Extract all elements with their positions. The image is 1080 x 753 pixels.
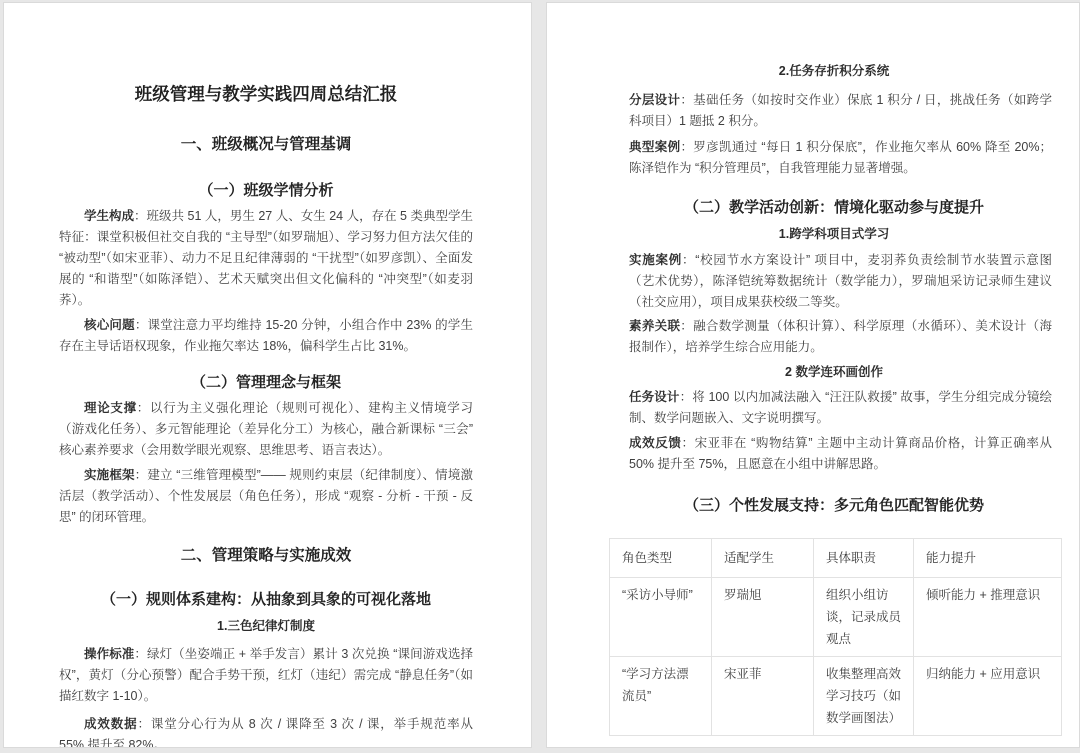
table-header-ability: 能力提升 [914, 539, 1062, 578]
paragraph-label: 成效数据 [84, 717, 137, 731]
page-2-content: 2.任务存折积分系统 分层设计：基础任务（如按时交作业）保底 1 积分 / 日，… [547, 61, 1079, 736]
table-row: “学习方法漂流员” 宋亚菲 收集整理高效学习技巧（如数学画图法） 归纳能力 + … [610, 657, 1062, 736]
paragraph-label: 核心问题 [84, 318, 135, 332]
page-1-content: 班级管理与教学实践四周总结汇报 一、班级概况与管理基调 （一）班级学情分析 学生… [4, 81, 531, 748]
paragraph-implementation-case: 实施案例：“校园节水方案设计” 项目中，麦羽荞负责绘制节水装置示意图（艺术优势）… [629, 250, 1052, 313]
subsection-heading-class-analysis: （一）班级学情分析 [59, 179, 473, 203]
paragraph-label: 操作标准 [84, 647, 134, 661]
paragraph-effect-data: 成效数据：课堂分心行为从 8 次 / 课降至 3 次 / 课，举手规范率从 55… [59, 714, 473, 748]
table-header-role-type: 角色类型 [610, 539, 712, 578]
paragraph-label: 实施框架 [84, 468, 135, 482]
minor-heading-math-comic: 2 数学连环画创作 [609, 362, 1059, 382]
minor-heading-points-system: 2.任务存折积分系统 [609, 61, 1059, 81]
paragraph-literacy-link: 素养关联：融合数学测量（体积计算）、科学原理（水循环）、美术设计（海报制作），培… [629, 316, 1052, 358]
paragraph-student-composition: 学生构成：班级共 51 人，男生 27 人、女生 24 人，存在 5 类典型学生… [59, 206, 473, 311]
document-page-2: 2.任务存折积分系统 分层设计：基础任务（如按时交作业）保底 1 积分 / 日，… [546, 2, 1080, 748]
role-assignment-table: 角色类型 适配学生 具体职责 能力提升 “采访小导师” 罗瑞旭 组织小组访谈，记… [609, 538, 1062, 736]
section-heading-strategy: 二、管理策略与实施成效 [59, 544, 473, 568]
minor-heading-traffic-light: 1.三色纪律灯制度 [59, 616, 473, 636]
subsection-heading-personal-development: （三）个性发展支持：多元角色匹配智能优势 [609, 494, 1059, 518]
paragraph-label: 典型案例 [629, 140, 680, 154]
paragraph-operation-standard: 操作标准：绿灯（坐姿端正 + 举手发言）累计 3 次兑换 “课间游戏选择权”，黄… [59, 644, 473, 707]
table-cell: 归纳能力 + 应用意识 [914, 657, 1062, 736]
paragraph-layered-design: 分层设计：基础任务（如按时交作业）保底 1 积分 / 日，挑战任务（如跨学科项目… [629, 90, 1052, 132]
paragraph-label: 素养关联 [629, 319, 680, 333]
document-viewer-canvas: 班级管理与教学实践四周总结汇报 一、班级概况与管理基调 （一）班级学情分析 学生… [0, 0, 1080, 753]
document-title: 班级管理与教学实践四周总结汇报 [59, 81, 473, 107]
paragraph-label: 学生构成 [84, 209, 134, 223]
table-cell: 组织小组访谈，记录成员观点 [814, 578, 914, 657]
table-cell: 收集整理高效学习技巧（如数学画图法） [814, 657, 914, 736]
paragraph-text: ：融合数学测量（体积计算）、科学原理（水循环）、美术设计（海报制作），培养学生综… [629, 319, 1052, 354]
subsection-heading-rule-system: （一）规则体系建构：从抽象到具象的可视化落地 [59, 588, 473, 612]
paragraph-effect-feedback: 成效反馈：宋亚菲在 “购物结算” 主题中主动计算商品价格，计算正确率从 50% … [629, 433, 1052, 475]
minor-heading-interdisciplinary-project: 1.跨学科项目式学习 [609, 224, 1059, 244]
paragraph-label: 任务设计 [629, 390, 680, 404]
table-cell: “采访小导师” [610, 578, 712, 657]
subsection-heading-management-concept: （二）管理理念与框架 [59, 371, 473, 395]
paragraph-text: ：基础任务（如按时交作业）保底 1 积分 / 日，挑战任务（如跨学科项目）1 题… [629, 93, 1052, 128]
paragraph-label: 理论支撑 [84, 401, 137, 415]
paragraph-text: ：“校园节水方案设计” 项目中，麦羽荞负责绘制节水装置示意图（艺术优势），陈泽铠… [629, 253, 1052, 309]
section-heading-overview: 一、班级概况与管理基调 [59, 133, 473, 157]
paragraph-label: 分层设计 [629, 93, 680, 107]
paragraph-task-design: 任务设计：将 100 以内加减法融入 “汪汪队救援” 故事，学生分组完成分镜绘制… [629, 387, 1052, 429]
table-header-matched-student: 适配学生 [712, 539, 814, 578]
paragraph-core-problem: 核心问题：课堂注意力平均维持 15-20 分钟，小组合作中 23% 的学生存在主… [59, 315, 473, 357]
paragraph-text: ：班级共 51 人，男生 27 人、女生 24 人，存在 5 类典型学生特征：课… [59, 209, 473, 307]
paragraph-typical-case: 典型案例：罗彦凯通过 “每日 1 积分保底”，作业拖欠率从 60% 降至 20%… [629, 137, 1052, 179]
subsection-heading-teaching-innovation: （二）教学活动创新：情境化驱动参与度提升 [609, 196, 1059, 220]
paragraph-implementation-framework: 实施框架：建立 “三维管理模型”—— 规则约束层（纪律制度）、情境激活层（教学活… [59, 465, 473, 528]
paragraph-label: 实施案例 [629, 253, 682, 267]
table-cell: 倾听能力 + 推理意识 [914, 578, 1062, 657]
table-cell: “学习方法漂流员” [610, 657, 712, 736]
paragraph-text: ：罗彦凯通过 “每日 1 积分保底”，作业拖欠率从 60% 降至 20%；陈泽铠… [629, 140, 1052, 175]
table-row: “采访小导师” 罗瑞旭 组织小组访谈，记录成员观点 倾听能力 + 推理意识 [610, 578, 1062, 657]
paragraph-theory-support: 理论支撑：以行为主义强化理论（规则可视化）、建构主义情境学习（游戏化任务）、多元… [59, 398, 473, 461]
document-page-1: 班级管理与教学实践四周总结汇报 一、班级概况与管理基调 （一）班级学情分析 学生… [3, 2, 532, 748]
paragraph-label: 成效反馈 [629, 436, 681, 450]
paragraph-text: ：宋亚菲在 “购物结算” 主题中主动计算商品价格，计算正确率从 50% 提升至 … [629, 436, 1052, 471]
table-cell: 宋亚菲 [712, 657, 814, 736]
table-header-duty: 具体职责 [814, 539, 914, 578]
paragraph-text: ：将 100 以内加减法融入 “汪汪队救援” 故事，学生分组完成分镜绘制、数学问… [629, 390, 1052, 425]
table-header-row: 角色类型 适配学生 具体职责 能力提升 [610, 539, 1062, 578]
table-cell: 罗瑞旭 [712, 578, 814, 657]
